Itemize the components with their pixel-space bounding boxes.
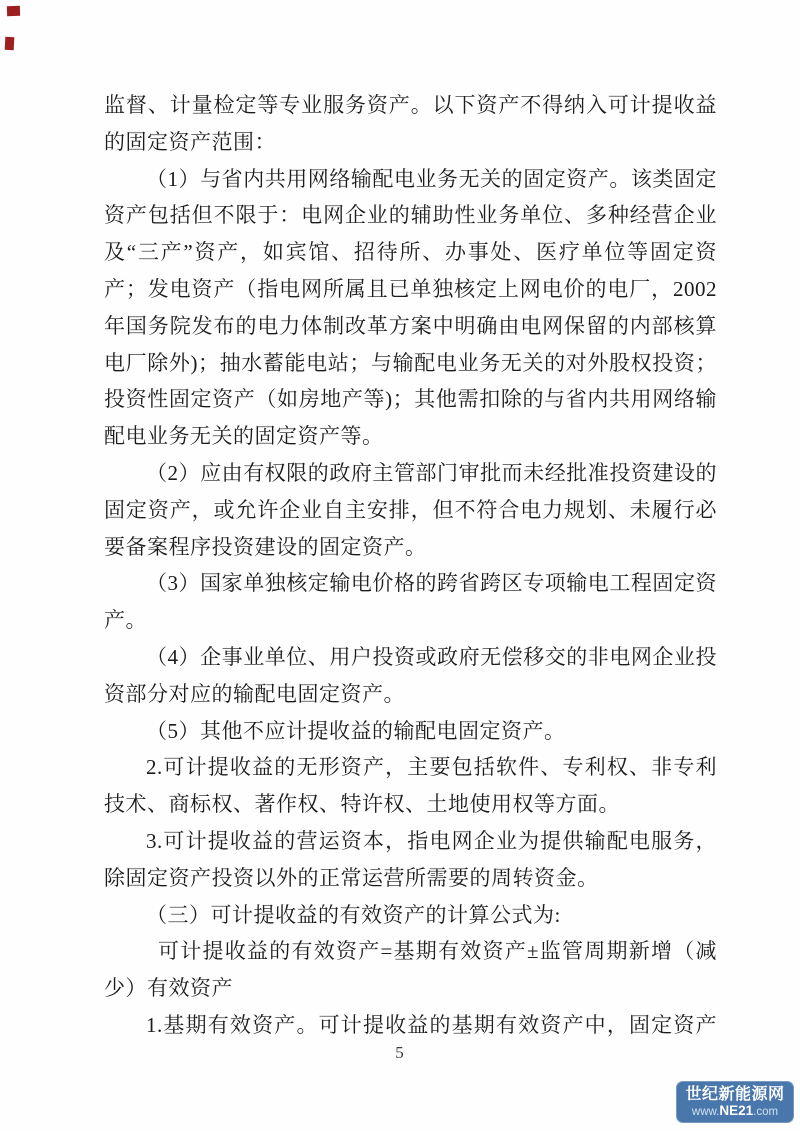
- text-line: 资部分对应的输配电固定资产。: [104, 676, 717, 713]
- text-line: 2.可计提收益的无形资产，主要包括软件、专利权、非专利: [104, 749, 717, 786]
- text-line: 除固定资产投资以外的正常运营所需要的周转资金。: [104, 860, 717, 897]
- text-line: （三）可计提收益的有效资产的计算公式为:: [104, 897, 717, 934]
- text-line: 资产包括但不限于：电网企业的辅助性业务单位、多种经营企业: [104, 197, 717, 234]
- text-line: 产；发电资产（指电网所属且已单独核定上网电价的电厂，2002: [104, 271, 717, 308]
- red-scan-mark: [7, 6, 20, 16]
- text-line: 及“三产”资产，如宾馆、招待所、办事处、医疗单位等固定资: [104, 234, 717, 271]
- text-line: （2）应由有权限的政府主管部门审批而未经批准投资建设的: [104, 455, 717, 492]
- document-lines: 监督、计量检定等专业服务资产。以下资产不得纳入可计提收益的固定资产范围：（1）与…: [104, 87, 717, 1044]
- document-page: 监督、计量检定等专业服务资产。以下资产不得纳入可计提收益的固定资产范围：（1）与…: [0, 0, 800, 1131]
- text-line: （3）国家单独核定输电价格的跨省跨区专项输电工程固定资: [104, 565, 717, 602]
- red-scan-mark: [5, 37, 15, 50]
- text-line: 3.可计提收益的营运资本，指电网企业为提供输配电服务，: [104, 823, 717, 860]
- text-line: 产。: [104, 602, 717, 639]
- watermark-site-name: 世纪新能源网: [685, 1086, 784, 1104]
- watermark-url-suffix: .com: [753, 1106, 778, 1118]
- watermark-url-name: NE21: [719, 1103, 753, 1118]
- text-line: 固定资产，或允许企业自主安排，但不符合电力规划、未履行必: [104, 492, 717, 529]
- page-number: 5: [0, 1043, 800, 1063]
- watermark-logo: 世纪新能源网 www.NE21.com: [676, 1081, 794, 1123]
- text-line: 1.基期有效资产。可计提收益的基期有效资产中，固定资产: [104, 1007, 717, 1044]
- text-line: 可计提收益的有效资产=基期有效资产±监管周期新增（减: [104, 933, 717, 970]
- text-line: 技术、商标权、著作权、特许权、土地使用权等方面。: [104, 786, 717, 823]
- watermark-url-prefix: www.: [692, 1106, 719, 1118]
- text-line: 配电业务无关的固定资产等。: [104, 418, 717, 455]
- text-line: （4）企事业单位、用户投资或政府无偿移交的非电网企业投: [104, 639, 717, 676]
- text-line: 监督、计量检定等专业服务资产。以下资产不得纳入可计提收益: [104, 87, 717, 124]
- text-line: （5）其他不应计提收益的输配电固定资产。: [104, 713, 717, 750]
- text-line: 少）有效资产: [104, 970, 717, 1007]
- text-line: 电厂除外)；抽水蓄能电站；与输配电业务无关的对外股权投资；: [104, 345, 717, 382]
- text-line: 要备案程序投资建设的固定资产。: [104, 529, 717, 566]
- text-line: 年国务院发布的电力体制改革方案中明确由电网保留的内部核算: [104, 308, 717, 345]
- text-line: 投资性固定资产（如房地产等)；其他需扣除的与省内共用网络输: [104, 381, 717, 418]
- text-line: 的固定资产范围：: [104, 124, 717, 161]
- text-line: （1）与省内共用网络输配电业务无关的固定资产。该类固定: [104, 161, 717, 198]
- watermark-url: www.NE21.com: [692, 1104, 778, 1119]
